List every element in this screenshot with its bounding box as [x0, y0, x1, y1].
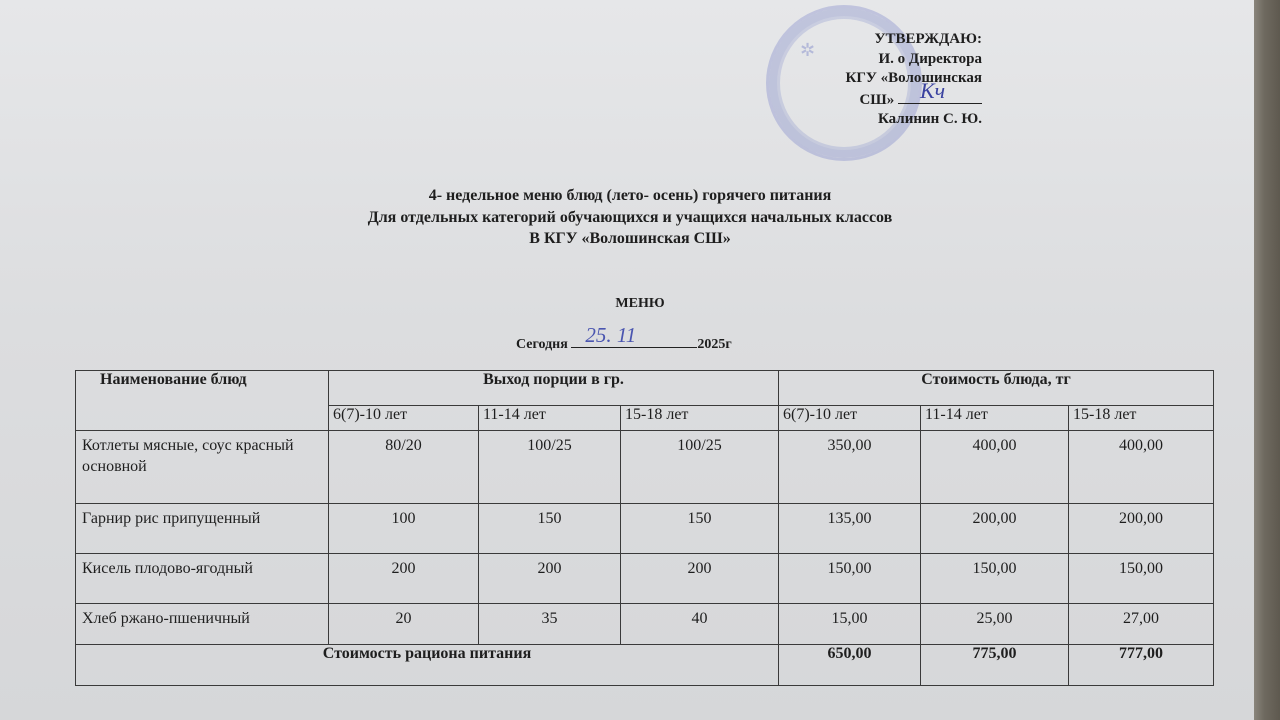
signature-line: Кч [898, 89, 982, 104]
portion-value: 100/25 [621, 431, 779, 504]
date-line: Сегодня 25. 112025г [516, 333, 732, 353]
header-dish-name: Наименование блюд [76, 371, 329, 431]
cost-value: 200,00 [921, 504, 1069, 554]
total-value: 775,00 [921, 645, 1069, 686]
cost-value: 15,00 [779, 604, 921, 645]
title-line-3: В КГУ «Волошинская СШ» [250, 228, 1010, 250]
approval-name: Калинин С. Ю. [820, 110, 982, 130]
portion-value: 35 [479, 604, 621, 645]
date-field: 25. 11 [571, 333, 697, 348]
title-line-2: Для отдельных категорий обучающихся и уч… [250, 207, 1010, 229]
cost-value: 135,00 [779, 504, 921, 554]
header-portion-age-3: 15-18 лет [621, 406, 779, 431]
portion-value: 200 [621, 554, 779, 604]
cost-value: 400,00 [921, 431, 1069, 504]
approval-block: УТВЕРЖДАЮ: И. о Директора КГУ «Волошинск… [820, 30, 982, 130]
header-cost-age-2: 11-14 лет [921, 406, 1069, 431]
menu-table: Наименование блюд Выход порции в гр. Сто… [75, 370, 1214, 686]
portion-value: 150 [479, 504, 621, 554]
header-cost-age-3: 15-18 лет [1069, 406, 1214, 431]
cost-value: 400,00 [1069, 431, 1214, 504]
header-cost-group: Стоимость блюда, тг [779, 371, 1214, 406]
header-cost-age-1: 6(7)-10 лет [779, 406, 921, 431]
dish-name: Хлеб ржано-пшеничный [76, 604, 329, 645]
signature: Кч [920, 81, 945, 101]
title-line-1: 4- недельное меню блюд (лето- осень) гор… [250, 185, 1010, 207]
dish-name: Гарнир рис припущенный [76, 504, 329, 554]
stamp-emblem-icon: ✲ [800, 40, 815, 61]
dish-name: Котлеты мясные, соус красный основной [76, 431, 329, 504]
portion-value: 100/25 [479, 431, 621, 504]
table-row: Котлеты мясные, соус красный основной 80… [76, 431, 1214, 504]
cost-value: 150,00 [1069, 554, 1214, 604]
portion-value: 80/20 [329, 431, 479, 504]
total-label: Стоимость рациона питания [76, 645, 779, 686]
table-header-row: Наименование блюд Выход порции в гр. Сто… [76, 371, 1214, 406]
approval-title: УТВЕРЖДАЮ: [820, 30, 982, 50]
total-row: Стоимость рациона питания 650,00 775,00 … [76, 645, 1214, 686]
portion-value: 40 [621, 604, 779, 645]
approval-position: И. о Директора [820, 50, 982, 70]
portion-value: 150 [621, 504, 779, 554]
cost-value: 200,00 [1069, 504, 1214, 554]
portion-value: 200 [479, 554, 621, 604]
approval-org-end: СШ» [859, 92, 894, 108]
background-surface [1254, 0, 1280, 720]
approval-org: КГУ «Волошинская [820, 69, 982, 89]
total-value: 777,00 [1069, 645, 1214, 686]
dish-name: Кисель плодово-ягодный [76, 554, 329, 604]
approval-org-cont: СШ» Кч [820, 89, 982, 111]
table-row: Кисель плодово-ягодный 200 200 200 150,0… [76, 554, 1214, 604]
header-portion-age-1: 6(7)-10 лет [329, 406, 479, 431]
portion-value: 200 [329, 554, 479, 604]
cost-value: 27,00 [1069, 604, 1214, 645]
table-row: Гарнир рис припущенный 100 150 150 135,0… [76, 504, 1214, 554]
cost-value: 150,00 [921, 554, 1069, 604]
cost-value: 25,00 [921, 604, 1069, 645]
year: 2025г [697, 337, 731, 352]
menu-heading: МЕНЮ [600, 296, 680, 312]
cost-value: 150,00 [779, 554, 921, 604]
portion-value: 100 [329, 504, 479, 554]
table-row: Хлеб ржано-пшеничный 20 35 40 15,00 25,0… [76, 604, 1214, 645]
header-portion-group: Выход порции в гр. [329, 371, 779, 406]
cost-value: 350,00 [779, 431, 921, 504]
header-portion-age-2: 11-14 лет [479, 406, 621, 431]
today-label: Сегодня [516, 337, 568, 352]
total-value: 650,00 [779, 645, 921, 686]
document-title: 4- недельное меню блюд (лето- осень) гор… [250, 185, 1010, 250]
handwritten-date: 25. 11 [585, 323, 636, 348]
portion-value: 20 [329, 604, 479, 645]
